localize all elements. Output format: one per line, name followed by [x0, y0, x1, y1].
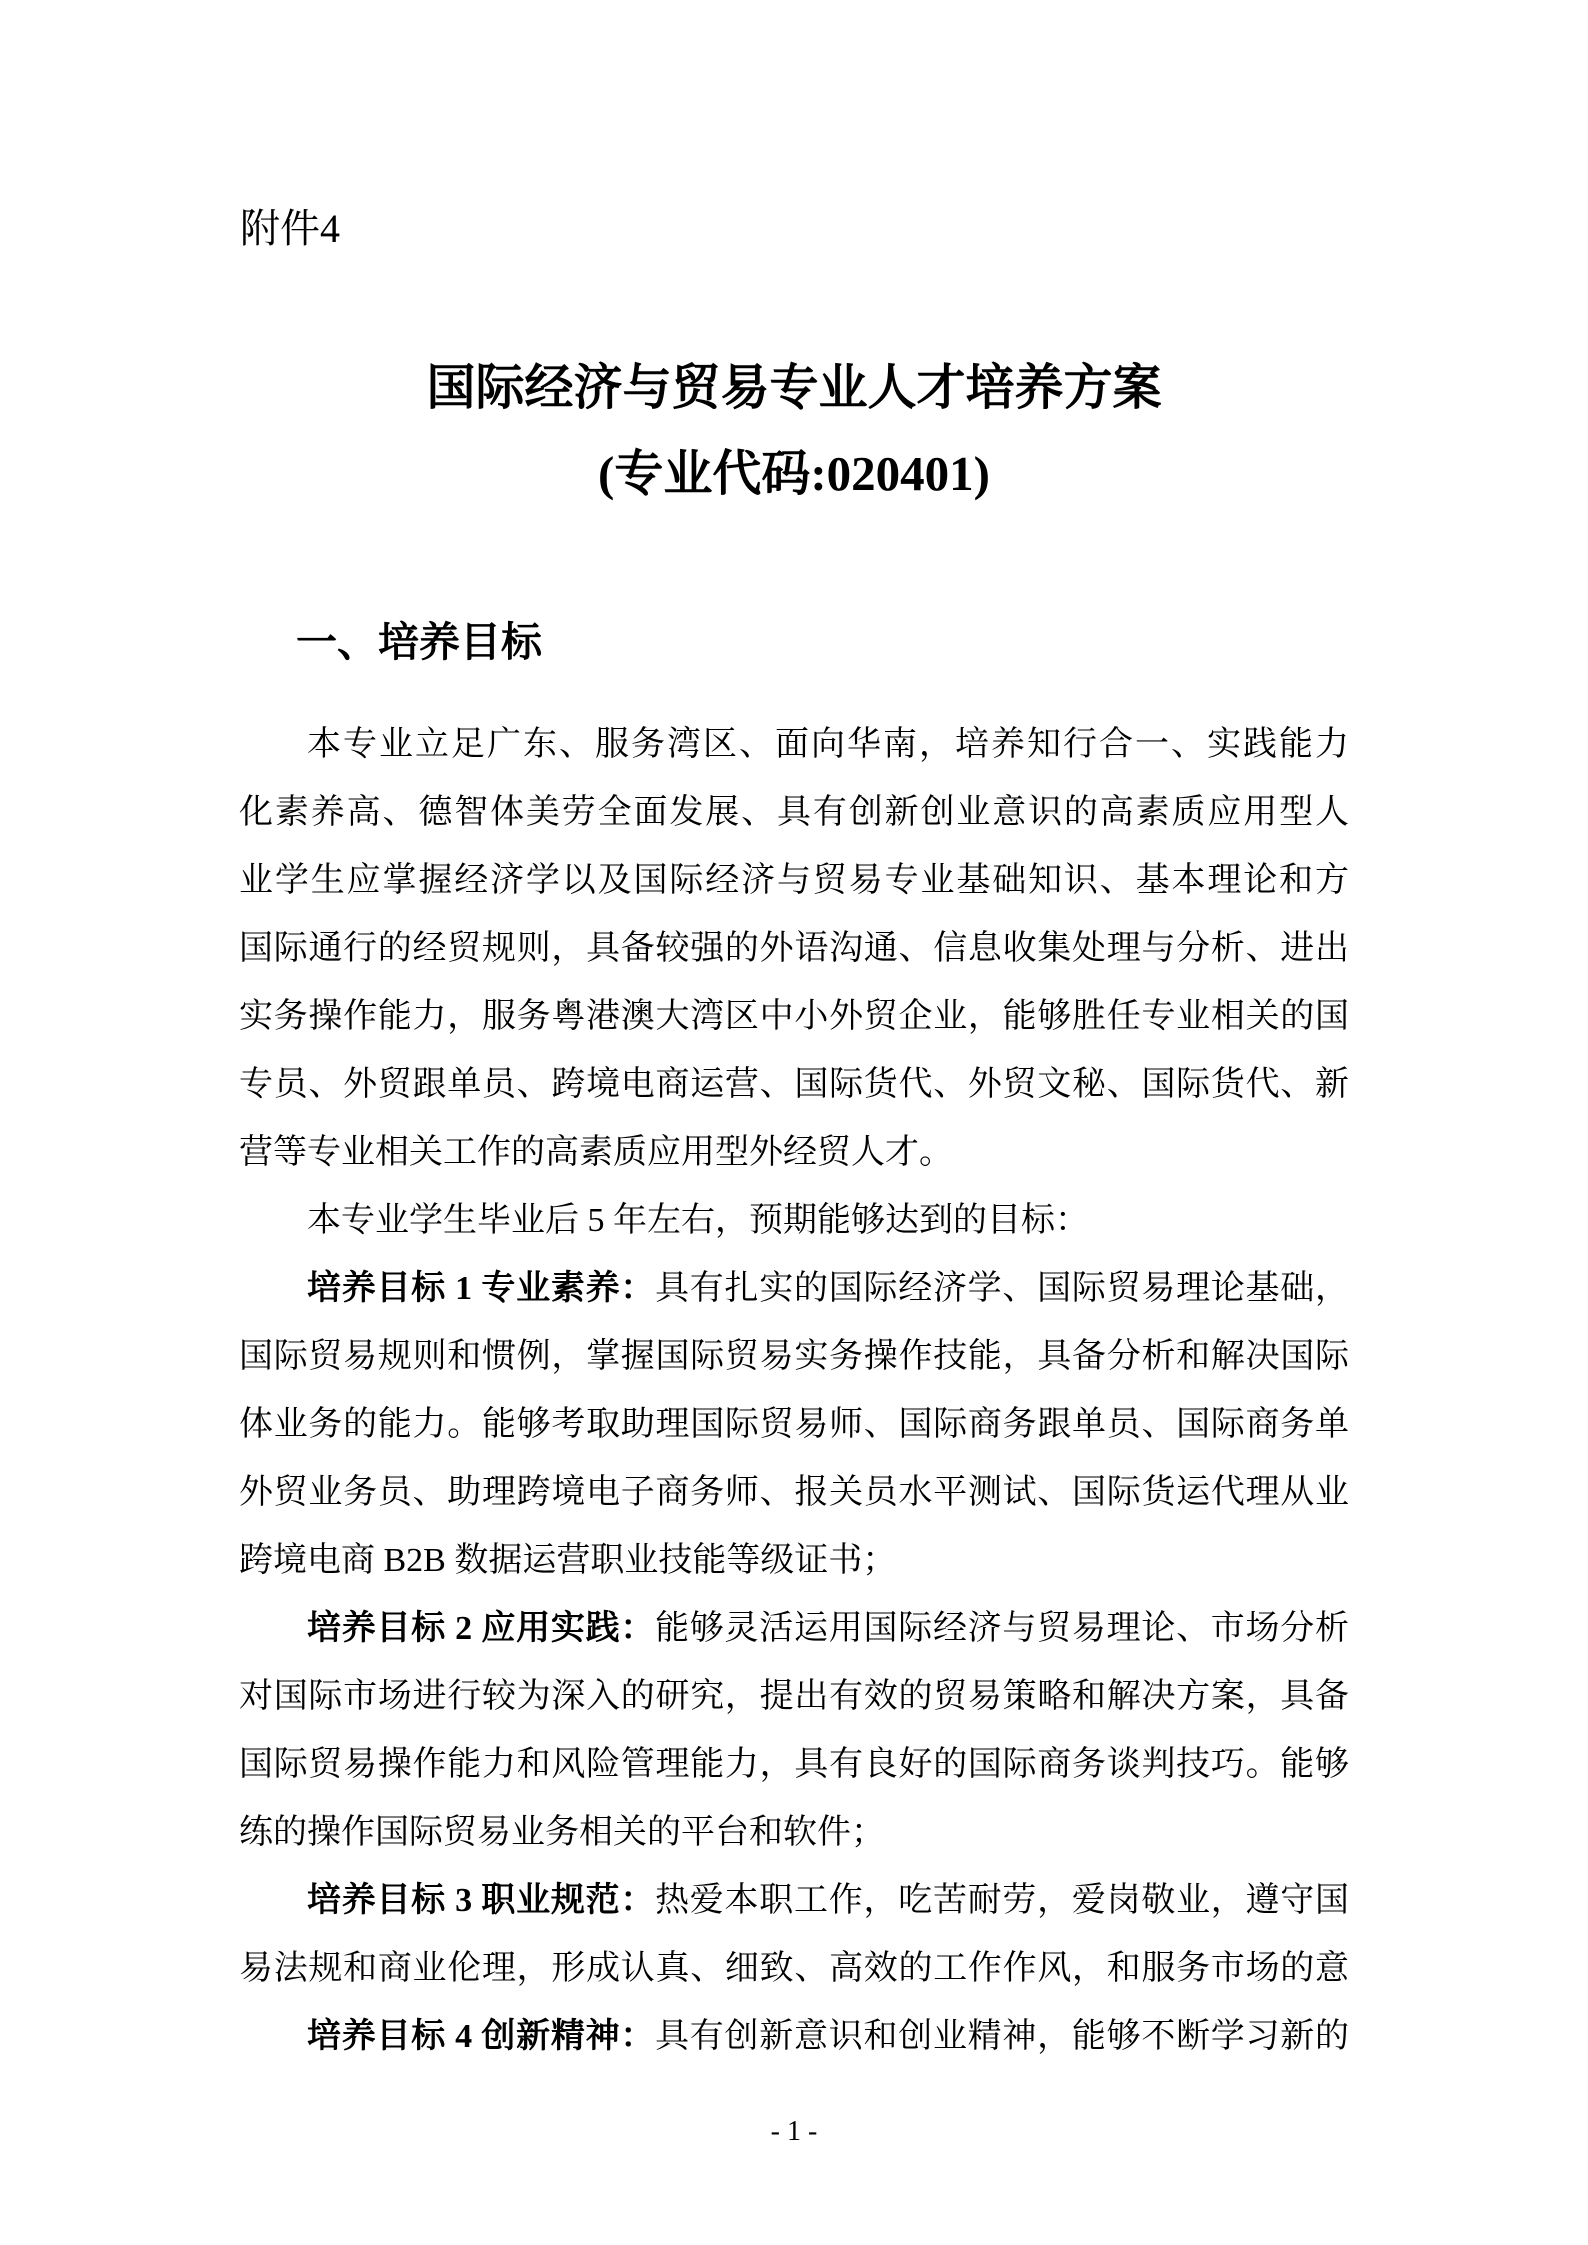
paragraph-line: 外贸业务员、助理跨境电子商务师、报关员水平测试、国际货运代理从业资格、 [239, 1459, 1349, 1527]
paragraph-line: 专员、外贸跟单员、跨境电商运营、国际货代、外贸文秘、国际货代、新媒体运 [239, 1051, 1349, 1119]
paragraph: 本专业立足广东、服务湾区、面向华南，培养知行合一、实践能力强、信息化素养高、德智… [239, 711, 1349, 1187]
paragraph-line: 本专业立足广东、服务湾区、面向华南，培养知行合一、实践能力强、信息 [239, 711, 1349, 779]
section-heading-training-objectives: 一、培养目标 [296, 616, 542, 668]
attachment-label: 附件4 [240, 203, 340, 255]
paragraph: 培养目标 2 应用实践：能够灵活运用国际经济与贸易理论、市场分析方法，对国际市场… [239, 1595, 1349, 1867]
paragraph-line: 国际贸易操作能力和风险管理能力，具有良好的国际商务谈判技巧。能够较为熟 [239, 1731, 1349, 1799]
paragraph: 培养目标 3 职业规范：热爱本职工作，吃苦耐劳，爱岗敬业，遵守国际贸易法规和商业… [239, 1867, 1349, 2003]
paragraph: 培养目标 1 专业素养：具有扎实的国际经济学、国际贸易理论基础，熟悉国际贸易规则… [239, 1255, 1349, 1595]
paragraph-line: 国际通行的经贸规则，具备较强的外语沟通、信息收集处理与分析、进出口贸易 [239, 915, 1349, 983]
paragraph-line: 实务操作能力，服务粤港澳大湾区中小外贸企业，能够胜任专业相关的国际贸易 [239, 983, 1349, 1051]
paragraph-line: 培养目标 4 创新精神：具有创新意识和创业精神，能够不断学习新的国际 [239, 2003, 1349, 2071]
paragraph: 本专业学生毕业后 5 年左右，预期能够达到的目标： [239, 1187, 1349, 1255]
objective-label: 培养目标 1 专业素养： [307, 1270, 655, 1307]
objective-label: 培养目标 2 应用实践： [307, 1610, 655, 1647]
paragraph-line: 本专业学生毕业后 5 年左右，预期能够达到的目标： [239, 1187, 1349, 1255]
paragraph-line: 跨境电商 B2B 数据运营职业技能等级证书； [239, 1527, 1349, 1595]
paragraph-line: 培养目标 1 专业素养：具有扎实的国际经济学、国际贸易理论基础，熟悉 [239, 1255, 1349, 1323]
paragraph-line: 培养目标 3 职业规范：热爱本职工作，吃苦耐劳，爱岗敬业，遵守国际贸 [239, 1867, 1349, 1935]
objective-label: 培养目标 3 职业规范： [307, 1882, 655, 1919]
paragraph-line: 易法规和商业伦理，形成认真、细致、高效的工作作风，和服务市场的意识； [239, 1935, 1349, 2003]
paragraph-line: 营等专业相关工作的高素质应用型外经贸人才。 [239, 1119, 1349, 1187]
paragraph-line: 业学生应掌握经济学以及国际经济与贸易专业基础知识、基本理论和方法，熟悉 [239, 847, 1349, 915]
paragraph: 培养目标 4 创新精神：具有创新意识和创业精神，能够不断学习新的国际 [239, 2003, 1349, 2071]
objective-label: 培养目标 4 创新精神： [307, 2018, 655, 2055]
document-subtitle: (专业代码:020401) [0, 444, 1588, 504]
document-page: 附件4 国际经济与贸易专业人才培养方案 (专业代码:020401) 一、培养目标… [0, 0, 1588, 2245]
paragraph-line: 练的操作国际贸易业务相关的平台和软件； [239, 1799, 1349, 1867]
document-body: 本专业立足广东、服务湾区、面向华南，培养知行合一、实践能力强、信息化素养高、德智… [239, 711, 1349, 2071]
document-title: 国际经济与贸易专业人才培养方案 [0, 358, 1588, 418]
paragraph-line: 国际贸易规则和惯例，掌握国际贸易实务操作技能，具备分析和解决国际贸易具 [239, 1323, 1349, 1391]
paragraph-line: 对国际市场进行较为深入的研究，提出有效的贸易策略和解决方案，具备较强的 [239, 1663, 1349, 1731]
paragraph-line: 体业务的能力。能够考取助理国际贸易师、国际商务跟单员、国际商务单证员、 [239, 1391, 1349, 1459]
page-number: - 1 - [0, 2114, 1588, 2150]
paragraph-line: 化素养高、德智体美劳全面发展、具有创新创业意识的高素质应用型人才。本专 [239, 779, 1349, 847]
paragraph-line: 培养目标 2 应用实践：能够灵活运用国际经济与贸易理论、市场分析方法， [239, 1595, 1349, 1663]
